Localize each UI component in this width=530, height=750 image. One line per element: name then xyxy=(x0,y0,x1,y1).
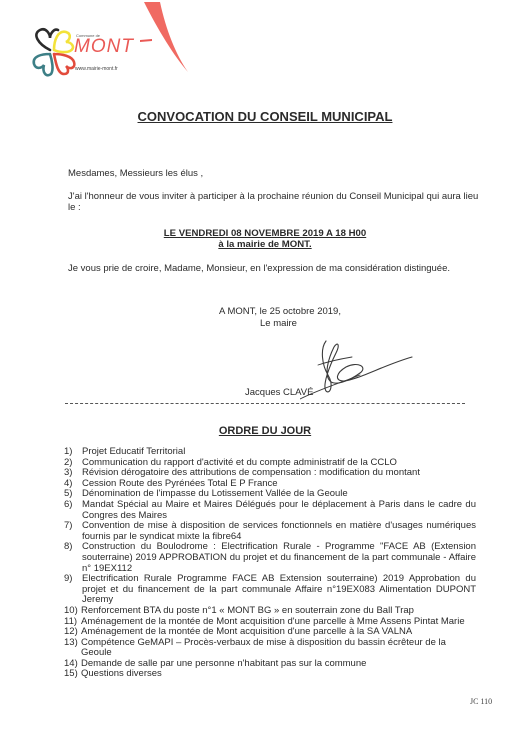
agenda-item-number: 8) xyxy=(64,542,82,574)
agenda-item: 7)Convention de mise à disposition de se… xyxy=(64,521,476,542)
meeting-date: LE VENDREDI 08 NOVEMBRE 2019 A 18 H00 xyxy=(164,228,366,239)
agenda-item-text: Convention de mise à disposition de serv… xyxy=(82,521,476,542)
agenda-item-number: 15) xyxy=(64,669,81,680)
agenda-item-text: Compétence GeMAPI – Procès-verbaux de mi… xyxy=(81,638,476,659)
agenda-list: 1)Projet Educatif Territorial2)Communica… xyxy=(64,447,476,680)
invitation-text: J'ai l'honneur de vous inviter à partici… xyxy=(68,191,488,213)
agenda-item-text: Renforcement BTA du poste n°1 « MONT BG … xyxy=(81,606,476,617)
closing-formula: Je vous prie de croire, Madame, Monsieur… xyxy=(68,263,450,274)
logo-name: MONT xyxy=(74,37,134,56)
signer-name: Jacques CLAVÉ xyxy=(245,387,313,398)
agenda-item-number: 13) xyxy=(64,638,81,659)
agenda-item: 8)Construction du Boulodrome : Electrifi… xyxy=(64,542,476,574)
agenda-item: 15)Questions diverses xyxy=(64,669,476,680)
logo-website: www.mairie-mont.fr xyxy=(75,66,118,72)
reference-code: JC 110 xyxy=(470,697,492,706)
agenda-item: 6)Mandat Spécial au Maire et Maires Délé… xyxy=(64,500,476,521)
agenda-item-text: Projet Educatif Territorial xyxy=(82,447,476,458)
agenda-item: 13)Compétence GeMAPI – Procès-verbaux de… xyxy=(64,638,476,659)
agenda-item: 1)Projet Educatif Territorial xyxy=(64,447,476,458)
agenda-item-number: 10) xyxy=(64,606,81,617)
salutation: Mesdames, Messieurs les élus , xyxy=(68,168,203,179)
agenda-item-text: Mandat Spécial au Maire et Maires Délégu… xyxy=(82,500,476,521)
signer-role: Le maire xyxy=(260,318,297,329)
agenda-item: 9)Electrification Rurale Programme FACE … xyxy=(64,574,476,606)
agenda-item-number: 7) xyxy=(64,521,82,542)
agenda-item-number: 9) xyxy=(64,574,82,606)
agenda-item-text: Construction du Boulodrome : Electrifica… xyxy=(82,542,476,574)
agenda-item-number: 6) xyxy=(64,500,82,521)
agenda-title: ORDRE DU JOUR xyxy=(0,425,530,437)
place-and-date: A MONT, le 25 octobre 2019, xyxy=(219,306,341,317)
dashed-separator xyxy=(65,403,465,404)
meeting-details: LE VENDREDI 08 NOVEMBRE 2019 A 18 H00 à … xyxy=(0,228,530,250)
red-swoosh-icon xyxy=(140,0,200,75)
meeting-place: à la mairie de MONT. xyxy=(218,239,311,250)
signature-icon xyxy=(300,335,420,403)
agenda-item-text: Questions diverses xyxy=(81,669,476,680)
agenda-item-text: Electrification Rurale Programme FACE AB… xyxy=(82,574,476,606)
agenda-item: 10)Renforcement BTA du poste n°1 « MONT … xyxy=(64,606,476,617)
agenda-item-number: 1) xyxy=(64,447,82,458)
document-title: CONVOCATION DU CONSEIL MUNICIPAL xyxy=(0,109,530,124)
